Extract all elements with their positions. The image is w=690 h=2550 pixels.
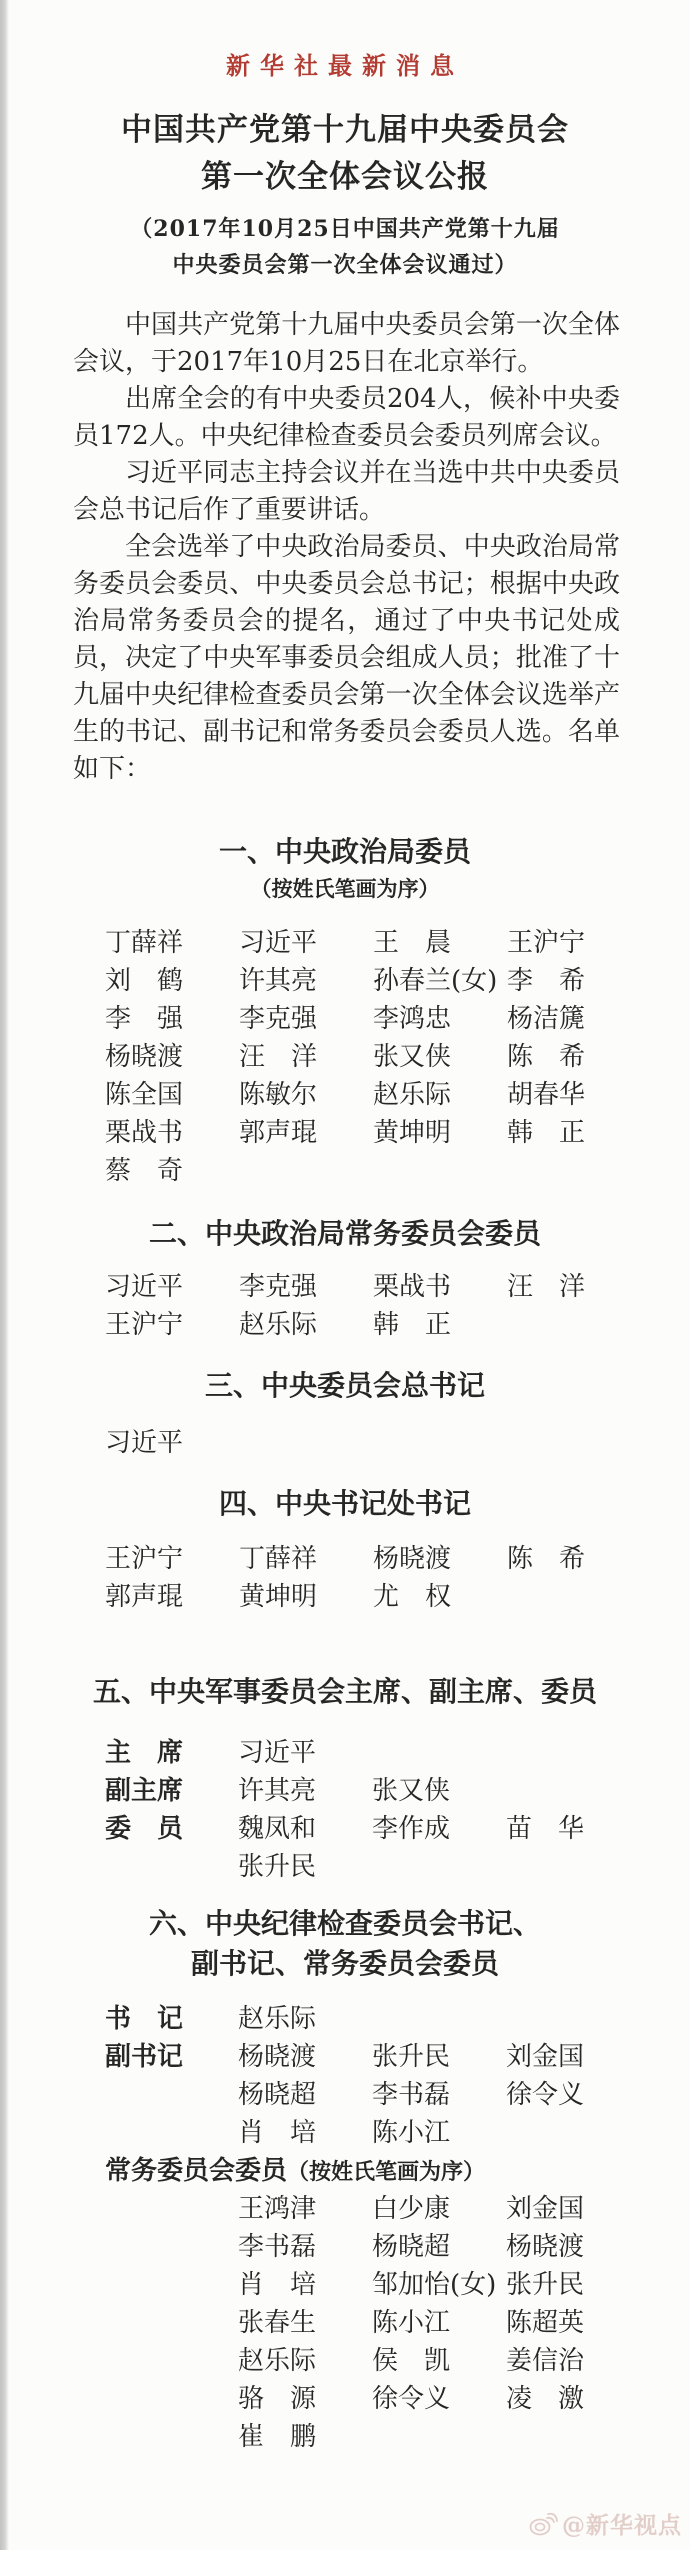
- person-name: 习近平: [105, 1424, 239, 1462]
- person-name: 汪 洋: [239, 1038, 373, 1076]
- person-name: 赵乐际: [239, 1306, 373, 1344]
- body-paragraphs: 中国共产党第十九届中央委员会第一次全体会议，于2017年10月25日在北京举行。…: [73, 307, 620, 788]
- person-name: 李作成: [372, 1810, 506, 1848]
- person-name: 习近平: [238, 1734, 372, 1772]
- title-line-1: 中国共产党第十九届中央委员会: [0, 107, 690, 154]
- subtitle-line-2: 中央委员会第一次全体会议通过）: [0, 247, 690, 283]
- person-name: 赵乐际: [238, 2342, 372, 2380]
- person-name: 陈 希: [507, 1540, 641, 1578]
- person-name: 王鸿津: [238, 2190, 372, 2228]
- document-subtitle: （2017年10月25日中国共产党第十九届 中央委员会第一次全体会议通过）: [0, 211, 690, 283]
- person-name: 黄坤明: [373, 1114, 507, 1152]
- person-name: 崔 鹏: [238, 2418, 372, 2456]
- name-row: 习近平: [0, 1424, 690, 1462]
- person-name: 郭声琨: [105, 1578, 239, 1616]
- person-name: 李克强: [239, 1000, 373, 1038]
- person-name: 习近平: [105, 1268, 239, 1306]
- person-name: 李 希: [507, 962, 641, 1000]
- section-4-name-list: 王沪宁丁薛祥杨晓渡陈 希 郭声琨黄坤明尤 权: [0, 1540, 690, 1616]
- standing-committee-subheading-row: 常务委员会委员（按姓氏笔画为序）: [0, 2152, 690, 2190]
- labeled-name-row: 肖 培陈小江: [0, 2114, 690, 2152]
- document-page: 新华社最新消息 中国共产党第十九届中央委员会 第一次全体会议公报 （2017年1…: [0, 0, 690, 2550]
- watermark-handle: @新华视点: [562, 2507, 682, 2540]
- person-name: 栗战书: [105, 1114, 239, 1152]
- person-name: 肖 培: [238, 2266, 372, 2304]
- labeled-name-row: 副书记杨晓渡张升民刘金国: [0, 2038, 690, 2076]
- section-5-heading: 五、中央军事委员会主席、副主席、委员: [0, 1672, 690, 1712]
- person-name: 王 晨: [373, 924, 507, 962]
- person-name: 尤 权: [373, 1578, 507, 1616]
- person-name: 姜信治: [506, 2342, 640, 2380]
- section-1-heading: 一、中央政治局委员: [0, 832, 690, 872]
- section-3-heading: 三、中央委员会总书记: [0, 1366, 690, 1406]
- name-row: 丁薛祥习近平王 晨王沪宁: [0, 924, 690, 962]
- person-name: 李 强: [105, 1000, 239, 1038]
- name-row: 栗战书郭声琨黄坤明韩 正: [0, 1114, 690, 1152]
- role-label: 书 记: [105, 2000, 238, 2038]
- person-name: 杨晓渡: [373, 1540, 507, 1578]
- person-name: 邹加怡(女): [372, 2266, 506, 2304]
- name-row: 李 强李克强李鸿忠杨洁篪: [0, 1000, 690, 1038]
- section-6-heading-line-1: 六、中央纪律检查委员会书记、: [0, 1904, 690, 1944]
- labeled-name-row: 副主席许其亮张又侠: [0, 1772, 690, 1810]
- name-row: 肖 培邹加怡(女)张升民: [0, 2266, 690, 2304]
- section-6-name-list: 书 记赵乐际 副书记杨晓渡张升民刘金国 杨晓超李书磊徐令义 肖 培陈小江 常务委…: [0, 2000, 690, 2456]
- person-name: 苗 华: [506, 1810, 640, 1848]
- person-name: 韩 正: [373, 1306, 507, 1344]
- person-name: 陈敏尔: [239, 1076, 373, 1114]
- person-name: 丁薛祥: [239, 1540, 373, 1578]
- person-name: 白少康: [372, 2190, 506, 2228]
- section-3-name-list: 习近平: [0, 1424, 690, 1462]
- standing-committee-sort-note: （按姓氏笔画为序）: [287, 2159, 485, 2185]
- name-row: 李书磊杨晓超杨晓渡: [0, 2228, 690, 2266]
- name-row: 王沪宁赵乐际韩 正: [0, 1306, 690, 1344]
- person-name: 杨晓超: [238, 2076, 372, 2114]
- person-name: 杨晓渡: [238, 2038, 372, 2076]
- person-name: 李鸿忠: [373, 1000, 507, 1038]
- person-name: 韩 正: [507, 1114, 641, 1152]
- section-6-heading-line-2: 副书记、常务委员会委员: [0, 1944, 690, 1984]
- name-row: 习近平李克强栗战书汪 洋: [0, 1268, 690, 1306]
- section-4-heading: 四、中央书记处书记: [0, 1484, 690, 1524]
- person-name: 王沪宁: [507, 924, 641, 962]
- person-name: 李书磊: [372, 2076, 506, 2114]
- name-row: 赵乐际侯 凯姜信治: [0, 2342, 690, 2380]
- person-name: 陈 希: [507, 1038, 641, 1076]
- person-name: 杨晓渡: [506, 2228, 640, 2266]
- labeled-name-row: 主 席习近平: [0, 1734, 690, 1772]
- person-name: 刘 鹤: [105, 962, 239, 1000]
- watermark: @新华视点: [528, 2507, 682, 2540]
- section-1-name-list: 丁薛祥习近平王 晨王沪宁 刘 鹤许其亮孙春兰(女)李 希 李 强李克强李鸿忠杨洁…: [0, 924, 690, 1190]
- name-row: 刘 鹤许其亮孙春兰(女)李 希: [0, 962, 690, 1000]
- section-5-name-list: 主 席习近平 副主席许其亮张又侠 委 员魏凤和李作成苗 华 张升民: [0, 1734, 690, 1886]
- labeled-name-row: 杨晓超李书磊徐令义: [0, 2076, 690, 2114]
- person-name: 习近平: [239, 924, 373, 962]
- person-name: 胡春华: [507, 1076, 641, 1114]
- person-name: 许其亮: [239, 962, 373, 1000]
- person-name: 陈全国: [105, 1076, 239, 1114]
- person-name: 李书磊: [238, 2228, 372, 2266]
- masthead: 新华社最新消息: [0, 0, 690, 81]
- paragraph: 中国共产党第十九届中央委员会第一次全体会议，于2017年10月25日在北京举行。: [73, 307, 620, 381]
- role-label: 主 席: [105, 1734, 238, 1772]
- labeled-name-row: 委 员魏凤和李作成苗 华: [0, 1810, 690, 1848]
- name-row: 崔 鹏: [0, 2418, 690, 2456]
- name-row: 陈全国陈敏尔赵乐际胡春华: [0, 1076, 690, 1114]
- person-name: 蔡 奇: [105, 1152, 239, 1190]
- person-name: 凌 激: [506, 2380, 640, 2418]
- name-row: 郭声琨黄坤明尤 权: [0, 1578, 690, 1616]
- person-name: 陈超英: [506, 2304, 640, 2342]
- section-2-name-list: 习近平李克强栗战书汪 洋 王沪宁赵乐际韩 正: [0, 1268, 690, 1344]
- person-name: 孙春兰(女): [373, 962, 507, 1000]
- person-name: 杨晓渡: [105, 1038, 239, 1076]
- name-row: 蔡 奇: [0, 1152, 690, 1190]
- scan-edge-artifact: [0, 0, 9, 2550]
- person-name: 张春生: [238, 2304, 372, 2342]
- role-label: 副书记: [105, 2038, 238, 2076]
- person-name: 杨洁篪: [507, 1000, 641, 1038]
- person-name: 陈小江: [372, 2114, 506, 2152]
- person-name: 张又侠: [373, 1038, 507, 1076]
- person-name: 骆 源: [238, 2380, 372, 2418]
- person-name: 许其亮: [238, 1772, 372, 1810]
- paragraph: 出席全会的有中央委员204人，候补中央委员172人。中央纪律检查委员会委员列席会…: [73, 381, 620, 455]
- person-name: 魏凤和: [238, 1810, 372, 1848]
- person-name: 赵乐际: [373, 1076, 507, 1114]
- paragraph: 全会选举了中央政治局委员、中央政治局常务委员会委员、中央委员会总书记；根据中央政…: [73, 529, 620, 788]
- person-name: 徐令义: [506, 2076, 640, 2114]
- person-name: 李克强: [239, 1268, 373, 1306]
- person-name: 张升民: [372, 2038, 506, 2076]
- name-row: 张春生陈小江陈超英: [0, 2304, 690, 2342]
- role-label: 副主席: [105, 1772, 238, 1810]
- section-6-heading: 六、中央纪律检查委员会书记、 副书记、常务委员会委员: [0, 1904, 690, 1984]
- section-1-sort-note: （按姓氏笔画为序）: [0, 872, 690, 906]
- person-name: 刘金国: [506, 2190, 640, 2228]
- name-row: 杨晓渡汪 洋张又侠陈 希: [0, 1038, 690, 1076]
- name-row: 王鸿津白少康刘金国: [0, 2190, 690, 2228]
- section-2-heading: 二、中央政治局常务委员会委员: [0, 1214, 690, 1254]
- person-name: 刘金国: [506, 2038, 640, 2076]
- subtitle-line-1: （2017年10月25日中国共产党第十九届: [0, 211, 690, 247]
- name-row: 王沪宁丁薛祥杨晓渡陈 希: [0, 1540, 690, 1578]
- paragraph: 习近平同志主持会议并在当选中共中央委员会总书记后作了重要讲话。: [73, 455, 620, 529]
- person-name: 黄坤明: [239, 1578, 373, 1616]
- title-line-2: 第一次全体会议公报: [0, 154, 690, 201]
- person-name: 王沪宁: [105, 1540, 239, 1578]
- person-name: 陈小江: [372, 2304, 506, 2342]
- weibo-icon: [528, 2511, 558, 2537]
- role-label: 委 员: [105, 1810, 238, 1848]
- standing-committee-label: 常务委员会委员: [105, 2156, 287, 2186]
- labeled-name-row: 书 记赵乐际: [0, 2000, 690, 2038]
- person-name: 侯 凯: [372, 2342, 506, 2380]
- person-name: 张升民: [238, 1848, 372, 1886]
- person-name: 郭声琨: [239, 1114, 373, 1152]
- person-name: 王沪宁: [105, 1306, 239, 1344]
- person-name: 张又侠: [372, 1772, 506, 1810]
- person-name: 杨晓超: [372, 2228, 506, 2266]
- person-name: 徐令义: [372, 2380, 506, 2418]
- person-name: 丁薛祥: [105, 924, 239, 962]
- person-name: 汪 洋: [507, 1268, 641, 1306]
- name-row: 骆 源徐令义凌 激: [0, 2380, 690, 2418]
- document-title: 中国共产党第十九届中央委员会 第一次全体会议公报: [0, 107, 690, 201]
- person-name: 张升民: [506, 2266, 640, 2304]
- person-name: 栗战书: [373, 1268, 507, 1306]
- person-name: 赵乐际: [238, 2000, 372, 2038]
- person-name: 肖 培: [238, 2114, 372, 2152]
- labeled-name-row: 张升民: [0, 1848, 690, 1886]
